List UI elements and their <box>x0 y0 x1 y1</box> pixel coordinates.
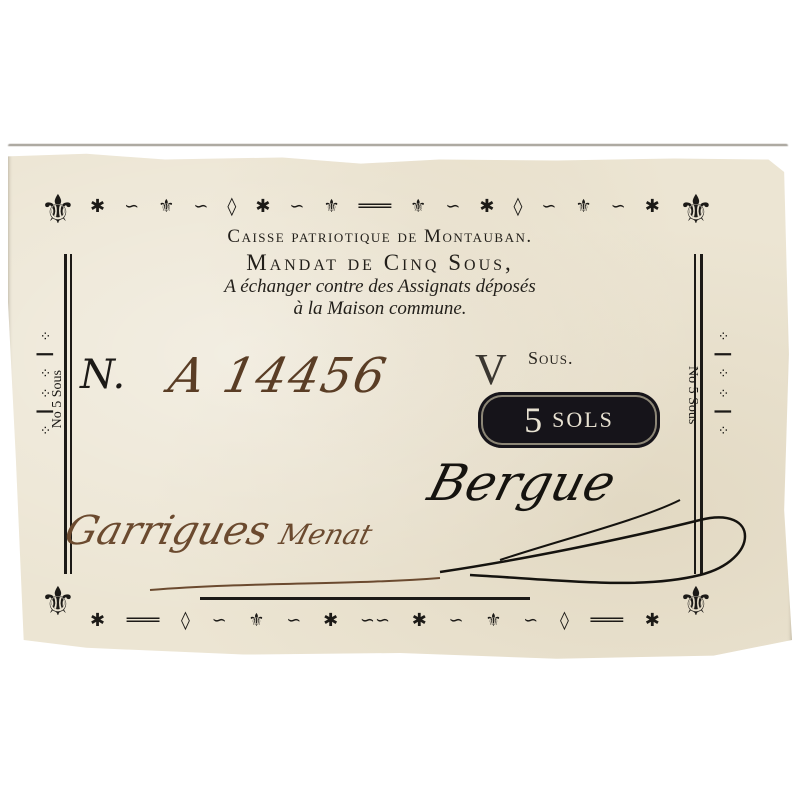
ornament-glyph-icon: ∽ <box>449 612 464 630</box>
denomination-title: Mandat de Cinq Sous, <box>100 250 660 276</box>
issuer-line: Caisse patriotique de Montauban. <box>100 226 660 248</box>
signature-secondary: Garrigues Menat <box>60 508 379 554</box>
ornament-glyph-icon: ✱ <box>412 612 427 630</box>
ornament-glyph-icon: ✱ <box>90 198 105 216</box>
serial-number: A 14456 <box>164 348 393 404</box>
ornament-glyph-icon: ∽∽ <box>360 612 390 630</box>
ornament-glyph-icon: ∽ <box>611 198 626 216</box>
ornament-glyph-icon: ═══ <box>359 198 392 216</box>
bottom-ornament-border: ✱═══◊∽⚜∽✱∽∽✱∽⚜∽◊═══✱ <box>90 612 660 630</box>
ornament-glyph-icon: ⚜ <box>410 198 426 216</box>
top-ornament-border: ✱∽⚜∽◊✱∽⚜═══⚜∽✱◊∽⚜∽✱ <box>90 198 660 216</box>
ornament-glyph-icon: ◊ <box>181 612 190 630</box>
ornament-glyph-icon: ∽ <box>286 612 301 630</box>
signature-secondary-role: Menat <box>276 518 376 551</box>
frame-right-outer <box>700 254 703 574</box>
ornament-glyph-icon: ∽ <box>212 612 227 630</box>
ornament-glyph-icon: ∽ <box>124 198 139 216</box>
value-stamp: 5 SOLS <box>478 392 660 448</box>
right-dot-ornament: ⁘ ┃ ⁘ ⁘ ┃ ⁘ <box>714 330 730 490</box>
signature-main: Bergue <box>422 454 622 512</box>
ornament-glyph-icon: ∽ <box>289 198 304 216</box>
ornament-glyph-icon: ═══ <box>591 612 624 630</box>
ornament-glyph-icon: ✱ <box>645 612 660 630</box>
banknote <box>8 146 792 666</box>
ornament-glyph-icon: ∽ <box>541 198 556 216</box>
ornament-glyph-icon: ◊ <box>514 198 523 216</box>
ornament-glyph-icon: ⚜ <box>485 612 501 630</box>
ornament-glyph-icon: ⚜ <box>158 198 174 216</box>
exchange-line-2: à la Maison commune. <box>100 298 660 320</box>
fleur-de-lis-icon: ⚜ <box>40 582 76 622</box>
numero-label: N. <box>80 352 125 398</box>
right-side-text: No 5 Sous <box>684 366 700 424</box>
ornament-glyph-icon: ⚜ <box>576 198 592 216</box>
roman-value: V <box>475 344 507 395</box>
ornament-glyph-icon: ◊ <box>560 612 569 630</box>
frame-bottom-rule <box>200 597 530 600</box>
title-block: Caisse patriotique de Montauban. Mandat … <box>100 226 660 320</box>
ornament-glyph-icon: ◊ <box>227 198 236 216</box>
signature-secondary-name: Garrigues <box>60 508 275 554</box>
ornament-glyph-icon: ✱ <box>323 612 338 630</box>
fleur-de-lis-icon: ⚜ <box>40 190 76 230</box>
ornament-glyph-icon: ∽ <box>193 198 208 216</box>
ornament-glyph-icon: ✱ <box>479 198 494 216</box>
roman-unit: Sous. <box>528 348 574 369</box>
ornament-glyph-icon: ═══ <box>127 612 160 630</box>
stamp-text: SOLS <box>552 407 614 433</box>
paper-edge <box>8 144 788 152</box>
ornament-glyph-icon: ∽ <box>445 198 460 216</box>
left-side-text: No 5 Sous <box>50 370 66 428</box>
ornament-glyph-icon: ✱ <box>255 198 270 216</box>
ornament-glyph-icon: ⚜ <box>248 612 264 630</box>
fleur-de-lis-icon: ⚜ <box>678 190 714 230</box>
stamp-number: 5 <box>524 399 542 441</box>
ornament-glyph-icon: ✱ <box>90 612 105 630</box>
ornament-glyph-icon: ✱ <box>645 198 660 216</box>
ornament-glyph-icon: ∽ <box>523 612 538 630</box>
ornament-glyph-icon: ⚜ <box>324 198 340 216</box>
fleur-de-lis-icon: ⚜ <box>678 582 714 622</box>
exchange-line-1: A échanger contre des Assignats déposés <box>100 276 660 298</box>
